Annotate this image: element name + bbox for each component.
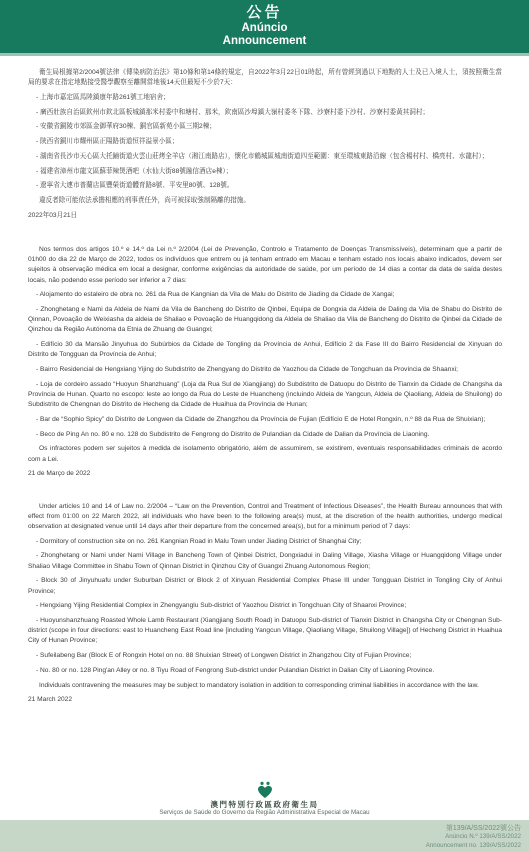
org-block: 澳門特別行政區政府衛生局 Serviços de Saúde do Govern… xyxy=(0,781,529,817)
list-item-en: - Dormitory of construction site on no. … xyxy=(28,537,502,547)
list-item-en: - Sufeilabeng Bar (Block E of Rongxin Ho… xyxy=(28,651,502,661)
section-portuguese: Nos termos dos artigos 10.º e 14.º da Le… xyxy=(28,245,502,480)
banner-title-zh: 公告 xyxy=(0,3,529,22)
list-item-pt: - Edifício 30 da Mansão Jinyuhua do Subú… xyxy=(28,340,502,360)
date-pt: 21 de Março de 2022 xyxy=(28,469,502,479)
section-chinese: 衛生局根據第2/2004號法律《傳染病防治法》第10條和第14條的規定，自202… xyxy=(28,68,502,221)
list-item-pt: - Bar de “Sophio Spicy” do Distrito de L… xyxy=(28,415,502,425)
section-english: Under articles 10 and 14 of Law no. 2/20… xyxy=(28,502,502,706)
list-item-zh: - 上海市嘉定區馬陸鎮康年路261號工地宿舍； xyxy=(28,93,502,103)
banner-title-en: Announcement xyxy=(0,35,529,48)
date-en: 21 March 2022 xyxy=(28,695,502,705)
closing-paragraph-en: Individuals contravening the measures ma… xyxy=(28,681,502,691)
list-item-pt: - Beco de Ping An no. 80 e no. 128 do Su… xyxy=(28,430,502,440)
org-name-zh: 澳門特別行政區政府衛生局 xyxy=(0,800,529,809)
intro-paragraph-en: Under articles 10 and 14 of Law no. 2/20… xyxy=(28,502,502,533)
banner: 公告 Anúncio Announcement xyxy=(0,0,529,56)
list-item-zh: - 福建省漳州市龍文區蘇菲辣煲酒吧（水仙大街88號融信酒店e棟）； xyxy=(28,167,502,177)
list-item-en: - No. 80 or no. 128 Ping'an Alley or no.… xyxy=(28,666,502,676)
intro-paragraph-zh: 衛生局根據第2/2004號法律《傳染病防治法》第10條和第14條的規定，自202… xyxy=(28,68,502,88)
closing-paragraph-zh: 違反者除可能依法承擔相應的刑事責任外，尚可被採取強制隔離的措施。 xyxy=(28,196,502,206)
list-item-en: - Hengxiang Yijing Residential Complex i… xyxy=(28,601,502,611)
list-item-pt: - Loja de cordeiro assado “Huoyun Shanzh… xyxy=(28,380,502,411)
org-name-pt: Serviços de Saúde do Governo da Região A… xyxy=(0,809,529,817)
list-item-zh: - 陝西省銅川市耀州區正陽路街道恒祥溢景小區； xyxy=(28,137,502,147)
list-item-zh: - 湖南省長沙市天心區大托鋪街道火雲山莊烤全羊店（湘江南路店），懷化市鶴城區城南… xyxy=(28,152,502,162)
health-bureau-logo-icon xyxy=(255,781,275,799)
announcement-body: 衛生局根據第2/2004號法律《傳染病防治法》第10條和第14條的規定，自202… xyxy=(28,68,502,710)
footer-band: 第139/A/SS/2022號公告 Anúncio N.º 139/A/SS/2… xyxy=(0,820,529,852)
list-item-en: - Zhonghetang or Nami under Nami Village… xyxy=(28,551,502,571)
date-zh: 2022年03月21日 xyxy=(28,211,502,221)
intro-paragraph-pt: Nos termos dos artigos 10.º e 14.º da Le… xyxy=(28,245,502,286)
list-item-en: - Block 30 of Jinyuhuafu under Suburban … xyxy=(28,576,502,596)
announcement-number-zh: 第139/A/SS/2022號公告 xyxy=(0,824,521,833)
list-item-zh: - 廣西壯族自治區欽州市欽北區板城鎮那米村委中和塘村、那米，欽南區沙埠鎮大嶺村委… xyxy=(28,108,502,118)
announcement-number-en: Announcement no. 139/A/SS/2022 xyxy=(0,842,521,850)
list-item-pt: - Bairro Residencial de Hengxiang Yijing… xyxy=(28,365,502,375)
list-item-pt: - Zhonghetang e Nami da Aldeia de Nami d… xyxy=(28,305,502,336)
closing-paragraph-pt: Os infractores podem ser sujeitos à medi… xyxy=(28,444,502,464)
list-item-pt: - Alojamento do estaleiro de obra no. 26… xyxy=(28,290,502,300)
list-item-zh: - 安徽省銅陵市郊區金御華府30棟、銅官區新苑小區三期2棟； xyxy=(28,122,502,132)
list-item-zh: - 遼寧省大連市普蘭店區豐榮街道體育路8號、平安里80號、128號。 xyxy=(28,181,502,191)
list-item-en: - Huoyunshanzhuang Roasted Whole Lamb Re… xyxy=(28,616,502,647)
banner-title-pt: Anúncio xyxy=(0,22,529,35)
announcement-number-pt: Anúncio N.º 139/A/SS/2022 xyxy=(0,833,521,841)
announcement-page: 公告 Anúncio Announcement 衛生局根據第2/2004號法律《… xyxy=(0,0,529,852)
